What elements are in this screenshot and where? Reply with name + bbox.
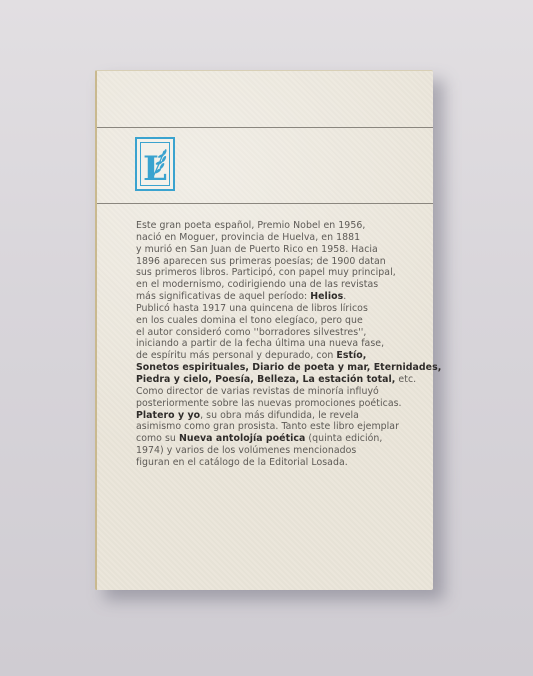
- blurb-line: figuran en el catálogo de la Editorial L…: [136, 457, 426, 469]
- author-biography-blurb: Este gran poeta español, Premio Nobel en…: [136, 220, 426, 469]
- blurb-line: 1974) y varios de los volúmenes menciona…: [136, 445, 426, 457]
- blurb-line: nació en Moguer, provincia de Huelva, en…: [136, 232, 426, 244]
- blurb-text: nació en Moguer, provincia de Huelva, en…: [136, 232, 360, 243]
- blurb-text: iniciando a partir de la fecha última un…: [136, 338, 384, 349]
- blurb-line: Piedra y cielo, Poesía, Belleza, La esta…: [136, 374, 426, 386]
- blurb-line: posteriormente sobre las nuevas promocio…: [136, 398, 426, 410]
- blurb-text: , su obra más difundida, le revela: [200, 410, 359, 421]
- blurb-line: como su Nueva antolojía poética (quinta …: [136, 433, 426, 445]
- blurb-text: en los cuales domina el tono elegíaco, p…: [136, 315, 363, 326]
- book-title-text: Estío,: [336, 350, 366, 361]
- blurb-text: Publicó hasta 1917 una quincena de libro…: [136, 303, 368, 314]
- blurb-line: sus primeros libros. Participó, con pape…: [136, 267, 426, 279]
- book-title-text: Piedra y cielo, Poesía, Belleza, La esta…: [136, 374, 395, 385]
- blurb-line: y murió en San Juan de Puerto Rico en 19…: [136, 244, 426, 256]
- book-back-cover: L Este gran poeta español, Premio Nobel …: [95, 70, 433, 590]
- blurb-text: de espíritu más personal y depurado, con: [136, 350, 336, 361]
- blurb-line: asimismo como gran prosista. Tanto este …: [136, 421, 426, 433]
- blurb-text: posteriormente sobre las nuevas promocio…: [136, 398, 402, 409]
- blurb-line: de espíritu más personal y depurado, con…: [136, 350, 426, 362]
- blurb-line: el autor consideró como ''borradores sil…: [136, 327, 426, 339]
- blurb-line: Platero y yo, su obra más difundida, le …: [136, 410, 426, 422]
- blurb-text: sus primeros libros. Participó, con pape…: [136, 267, 396, 278]
- blurb-text: (quinta edición,: [305, 433, 382, 444]
- book-title-text: Sonetos espirituales, Diario de poeta y …: [136, 362, 441, 373]
- blurb-text: Como director de varias revistas de mino…: [136, 386, 379, 397]
- blurb-line: más significativas de aquel período: Hel…: [136, 291, 426, 303]
- blurb-text: como su: [136, 433, 179, 444]
- blurb-text: asimismo como gran prosista. Tanto este …: [136, 421, 399, 432]
- top-rule-divider: [97, 127, 433, 128]
- blurb-text: más significativas de aquel período:: [136, 291, 310, 302]
- blurb-line: Como director de varias revistas de mino…: [136, 386, 426, 398]
- blurb-text: el autor consideró como ''borradores sil…: [136, 327, 366, 338]
- blurb-line: en los cuales domina el tono elegíaco, p…: [136, 315, 426, 327]
- blurb-line: Publicó hasta 1917 una quincena de libro…: [136, 303, 426, 315]
- blurb-text: .: [343, 291, 346, 302]
- blurb-text: 1974) y varios de los volúmenes menciona…: [136, 445, 356, 456]
- blurb-text: y murió en San Juan de Puerto Rico en 19…: [136, 244, 378, 255]
- book-title-text: Platero y yo: [136, 410, 200, 421]
- blurb-text: etc.: [395, 374, 416, 385]
- publisher-logo: L: [135, 137, 175, 191]
- blurb-text: 1896 aparecen sus primeras poesías; de 1…: [136, 256, 386, 267]
- blurb-line: Sonetos espirituales, Diario de poeta y …: [136, 362, 426, 374]
- blurb-text: Este gran poeta español, Premio Nobel en…: [136, 220, 365, 231]
- blurb-line: en el modernismo, codirigiendo una de la…: [136, 279, 426, 291]
- book-title-text: Helios: [310, 291, 343, 302]
- blurb-text: figuran en el catálogo de la Editorial L…: [136, 457, 348, 468]
- book-title-text: Nueva antolojía poética: [179, 433, 305, 444]
- bottom-rule-divider: [97, 203, 433, 204]
- blurb-text: en el modernismo, codirigiendo una de la…: [136, 279, 378, 290]
- blurb-line: 1896 aparecen sus primeras poesías; de 1…: [136, 256, 426, 268]
- blurb-line: Este gran poeta español, Premio Nobel en…: [136, 220, 426, 232]
- blurb-line: iniciando a partir de la fecha última un…: [136, 338, 426, 350]
- laurel-branch-icon: L: [137, 139, 173, 189]
